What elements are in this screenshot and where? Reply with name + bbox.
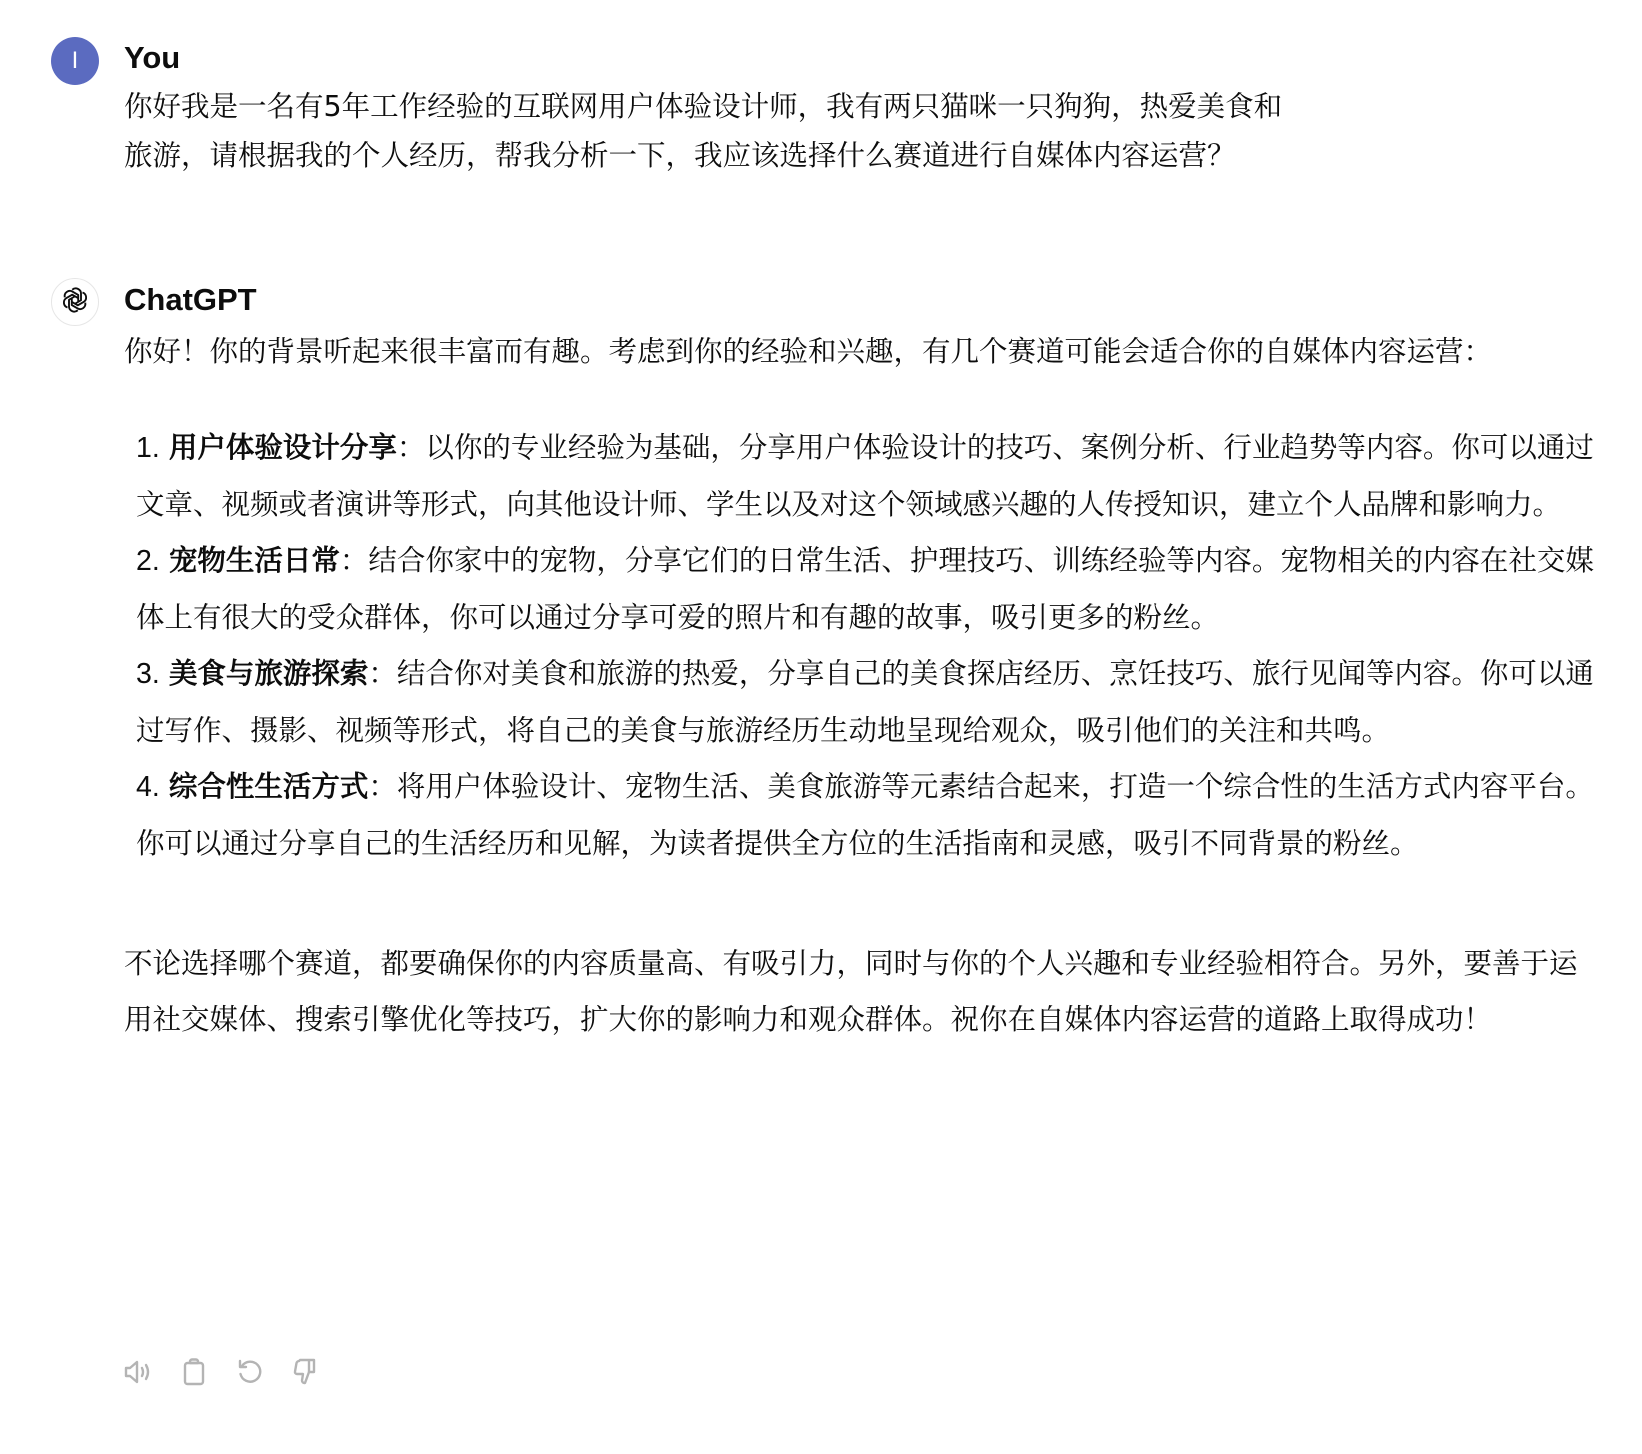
assistant-author-name: ChatGPT	[124, 282, 257, 318]
user-avatar: I	[51, 37, 99, 85]
suggestion-list: 1. 用户体验设计分享：以你的专业经验为基础，分享用户体验设计的技巧、案例分析、…	[124, 420, 1594, 872]
user-message-line: 旅游，请根据我的个人经历，帮我分析一下，我应该选择什么赛道进行自媒体内容运营？	[124, 131, 1594, 180]
assistant-intro: 你好！你的背景听起来很丰富而有趣。考虑到你的经验和兴趣，有几个赛道可能会适合你的…	[124, 324, 1594, 380]
message-actions	[122, 1356, 322, 1388]
openai-logo-icon	[60, 285, 90, 319]
user-author-name: You	[124, 40, 180, 76]
thumbs-down-icon	[290, 1356, 322, 1388]
bad-response-button[interactable]	[290, 1356, 322, 1388]
list-item-number: 3.	[136, 658, 160, 690]
assistant-avatar	[51, 278, 99, 326]
read-aloud-button[interactable]	[122, 1356, 154, 1388]
assistant-conclusion: 不论选择哪个赛道，都要确保你的内容质量高、有吸引力，同时与你的个人兴趣和专业经验…	[124, 936, 1594, 1048]
user-message-line: 你好我是一名有5年工作经验的互联网用户体验设计师，我有两只猫咪一只狗狗，热爱美食…	[124, 82, 1594, 131]
refresh-icon	[234, 1356, 266, 1388]
regenerate-button[interactable]	[234, 1356, 266, 1388]
clipboard-icon	[178, 1356, 210, 1388]
copy-button[interactable]	[178, 1356, 210, 1388]
list-item-number: 1.	[136, 432, 160, 464]
list-item-title: 综合性生活方式	[169, 770, 369, 803]
user-avatar-initial: I	[72, 47, 79, 75]
assistant-message-text: 你好！你的背景听起来很丰富而有趣。考虑到你的经验和兴趣，有几个赛道可能会适合你的…	[124, 324, 1594, 1048]
list-item-number: 2.	[136, 545, 160, 577]
list-item-title: 用户体验设计分享	[169, 431, 397, 464]
list-item: 2. 宠物生活日常：结合你家中的宠物，分享它们的日常生活、护理技巧、训练经验等内…	[136, 533, 1594, 646]
list-item: 3. 美食与旅游探索：结合你对美食和旅游的热爱，分享自己的美食探店经历、烹饪技巧…	[136, 646, 1594, 759]
speaker-icon	[122, 1356, 154, 1388]
user-message-text: 你好我是一名有5年工作经验的互联网用户体验设计师，我有两只猫咪一只狗狗，热爱美食…	[124, 82, 1594, 180]
list-item-text: ：结合你家中的宠物，分享它们的日常生活、护理技巧、训练经验等内容。宠物相关的内容…	[136, 544, 1594, 634]
list-item-number: 4.	[136, 771, 160, 803]
list-item-title: 宠物生活日常	[169, 544, 340, 577]
list-item-title: 美食与旅游探索	[169, 657, 369, 690]
list-item: 1. 用户体验设计分享：以你的专业经验为基础，分享用户体验设计的技巧、案例分析、…	[136, 420, 1594, 533]
list-item: 4. 综合性生活方式：将用户体验设计、宠物生活、美食旅游等元素结合起来，打造一个…	[136, 759, 1594, 872]
